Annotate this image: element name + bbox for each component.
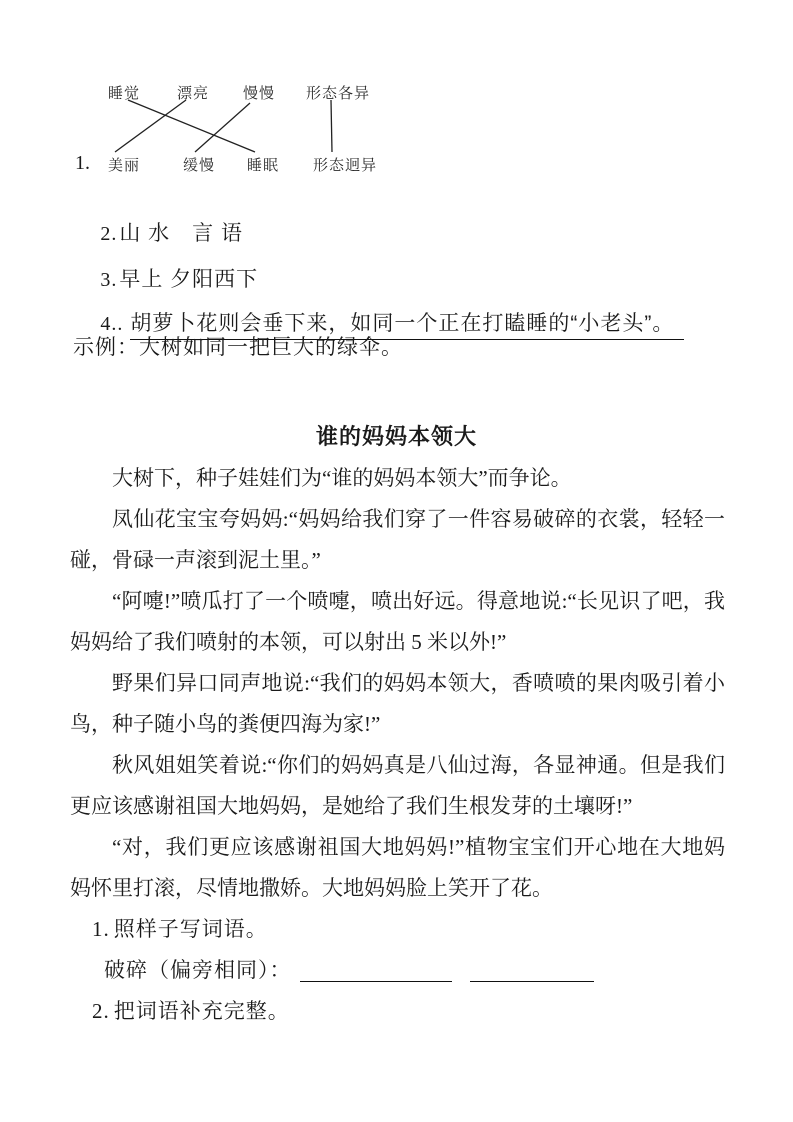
question-1-number: 1. (92, 917, 110, 941)
matching-diagram: 睡觉 漂亮 慢慢 形态各异 美丽 缓慢 睡眠 形态迥异 (0, 70, 793, 182)
question-2-number: 2. (92, 999, 110, 1023)
match-word-bottom: 睡眠 (247, 154, 279, 175)
match-line-shape (331, 100, 332, 152)
reading-passage: 大树下，种子娃娃们为“谁的妈妈本领大”而争论。 凤仙花宝宝夸妈妈:“妈妈给我们穿… (70, 458, 725, 1032)
passage-paragraph: “阿嚏!”喷瓜打了一个喷嚏，喷出好远。得意地说:“长见识了吧，我妈妈给了我们喷射… (70, 581, 725, 663)
match-word-bottom: 美丽 (108, 154, 140, 175)
answer-blank-2 (470, 979, 594, 982)
match-word-top: 形态各异 (306, 82, 370, 103)
passage-title: 谁的妈妈本领大 (0, 420, 793, 451)
match-line-sleep (128, 100, 255, 152)
question-1-text: 照样子写词语。 (114, 918, 268, 941)
passage-paragraph: 野果们异口同声地说:“我们的妈妈本领大，香喷喷的果肉吸引着小鸟，种子随小鸟的粪便… (70, 663, 725, 745)
match-word-top: 漂亮 (177, 82, 209, 103)
answer-number-1: 1. (75, 152, 90, 175)
fill-in-line: 破碎（偏旁相同）： (70, 950, 725, 991)
worksheet-page: 睡觉 漂亮 慢慢 形态各异 美丽 缓慢 睡眠 形态迥异 1. 2.山 水 言 语… (0, 0, 793, 1122)
passage-paragraph: 凤仙花宝宝夸妈妈:“妈妈给我们穿了一件容易破碎的衣裳，轻轻一碰，骨碌一声滚到泥土… (70, 499, 725, 581)
match-line-slow (195, 103, 250, 152)
fill-label: 破碎（偏旁相同）： (104, 959, 292, 982)
answer-blank-1 (300, 979, 452, 982)
match-word-bottom: 形态迥异 (313, 154, 377, 175)
match-word-top: 睡觉 (108, 82, 140, 103)
match-line-pretty (115, 100, 186, 152)
passage-paragraph: “对，我们更应该感谢祖国大地妈妈!”植物宝宝们开心地在大地妈妈怀里打滚，尽情地撒… (70, 827, 725, 909)
example-sentence: 示例：大树如同一把巨大的绿伞。 (73, 331, 733, 361)
match-word-bottom: 缓慢 (183, 154, 215, 175)
passage-paragraph: 秋风姐姐笑着说:“你们的妈妈真是八仙过海，各显神通。但是我们更应该感谢祖国大地妈… (70, 745, 725, 827)
passage-paragraph: 大树下，种子娃娃们为“谁的妈妈本领大”而争论。 (70, 458, 725, 499)
question-2-text: 把词语补充完整。 (114, 1000, 290, 1023)
question-1: 1.照样子写词语。 (70, 909, 725, 950)
match-word-top: 慢慢 (243, 82, 275, 103)
question-2: 2.把词语补充完整。 (70, 991, 725, 1032)
